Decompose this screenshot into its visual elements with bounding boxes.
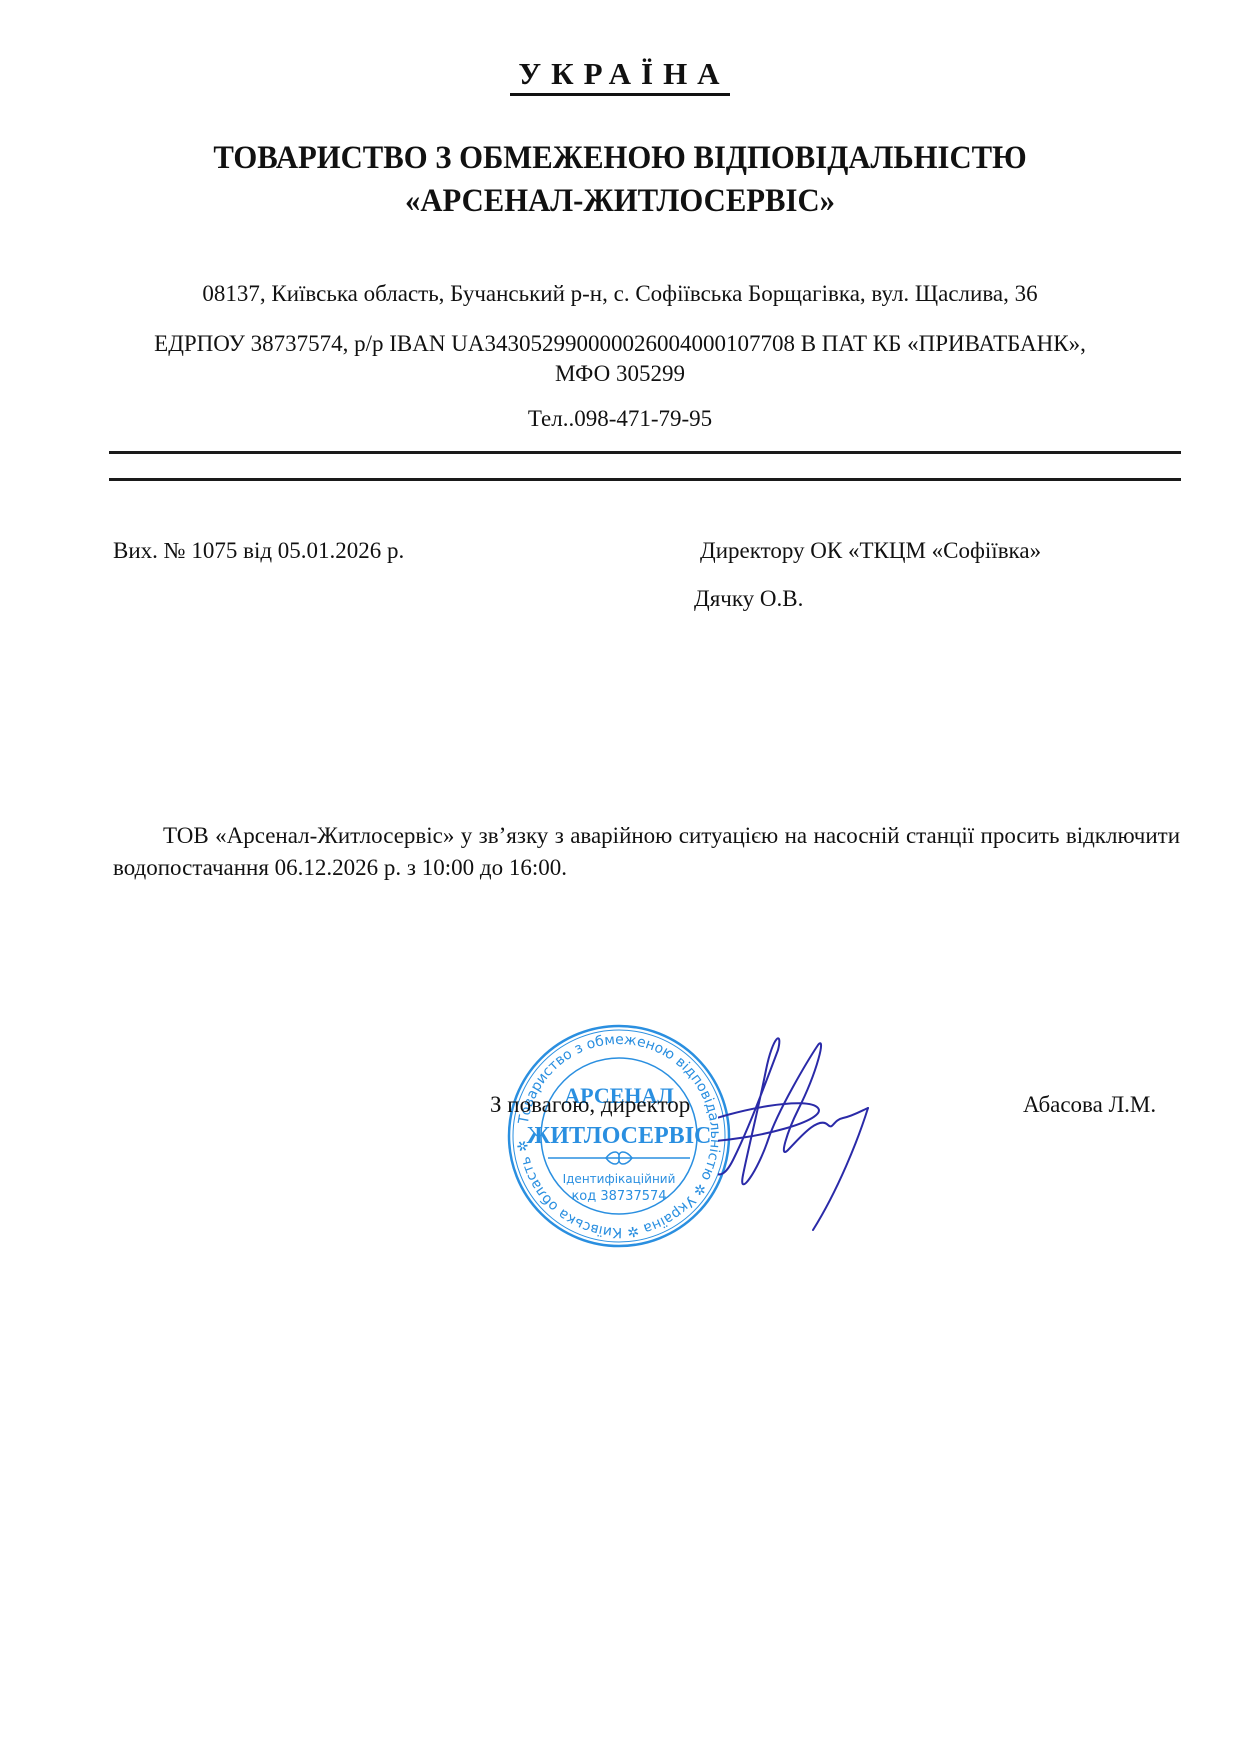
org-line-2: «АРСЕНАЛ-ЖИТЛОСЕРВІС» (43, 180, 1196, 223)
stamp-id-label: Ідентифікаційний (563, 1172, 676, 1186)
country-heading: УКРАЇНА (0, 56, 1240, 92)
stamp-icon: Товариство з обмеженою відповідальністю … (506, 1023, 732, 1249)
recipient-name: Дячку О.В. (694, 586, 803, 612)
signer-name: Абасова Л.М. (1023, 1092, 1156, 1118)
country-title: УКРАЇНА (510, 56, 729, 96)
bank-details-line-2: МФО 305299 (0, 358, 1240, 390)
letter-body: ТОВ «Арсенал-Житлосервіс» у зв’язку з ав… (113, 820, 1180, 884)
organization-name: ТОВАРИСТВО З ОБМЕЖЕНОЮ ВІДПОВІДАЛЬНІСТЮ … (43, 137, 1196, 223)
org-line-1: ТОВАРИСТВО З ОБМЕЖЕНОЮ ВІДПОВІДАЛЬНІСТЮ (43, 137, 1196, 180)
recipient-position: Директору ОК «ТКЦМ «Софіївка» (700, 538, 1041, 564)
company-stamp: Товариство з обмеженою відповідальністю … (506, 1023, 732, 1249)
signoff-text: З повагою, директор (490, 1092, 690, 1118)
bank-details-line-1: ЕДРПОУ 38737574, р/р IBAN UA343052990000… (0, 328, 1240, 360)
phone-line: Тел..098-471-79-95 (0, 403, 1240, 435)
address-line: 08137, Київська область, Бучанський р-н,… (0, 278, 1240, 310)
header-divider-top (109, 451, 1181, 454)
outgoing-reference: Вих. № 1075 від 05.01.2026 р. (113, 538, 404, 564)
signature-icon (718, 1030, 918, 1240)
header-divider-bottom (109, 478, 1181, 481)
director-signature (718, 1030, 918, 1240)
stamp-name-2: ЖИТЛОСЕРВІС (527, 1123, 712, 1149)
stamp-id-code: код 38737574 (571, 1189, 666, 1204)
